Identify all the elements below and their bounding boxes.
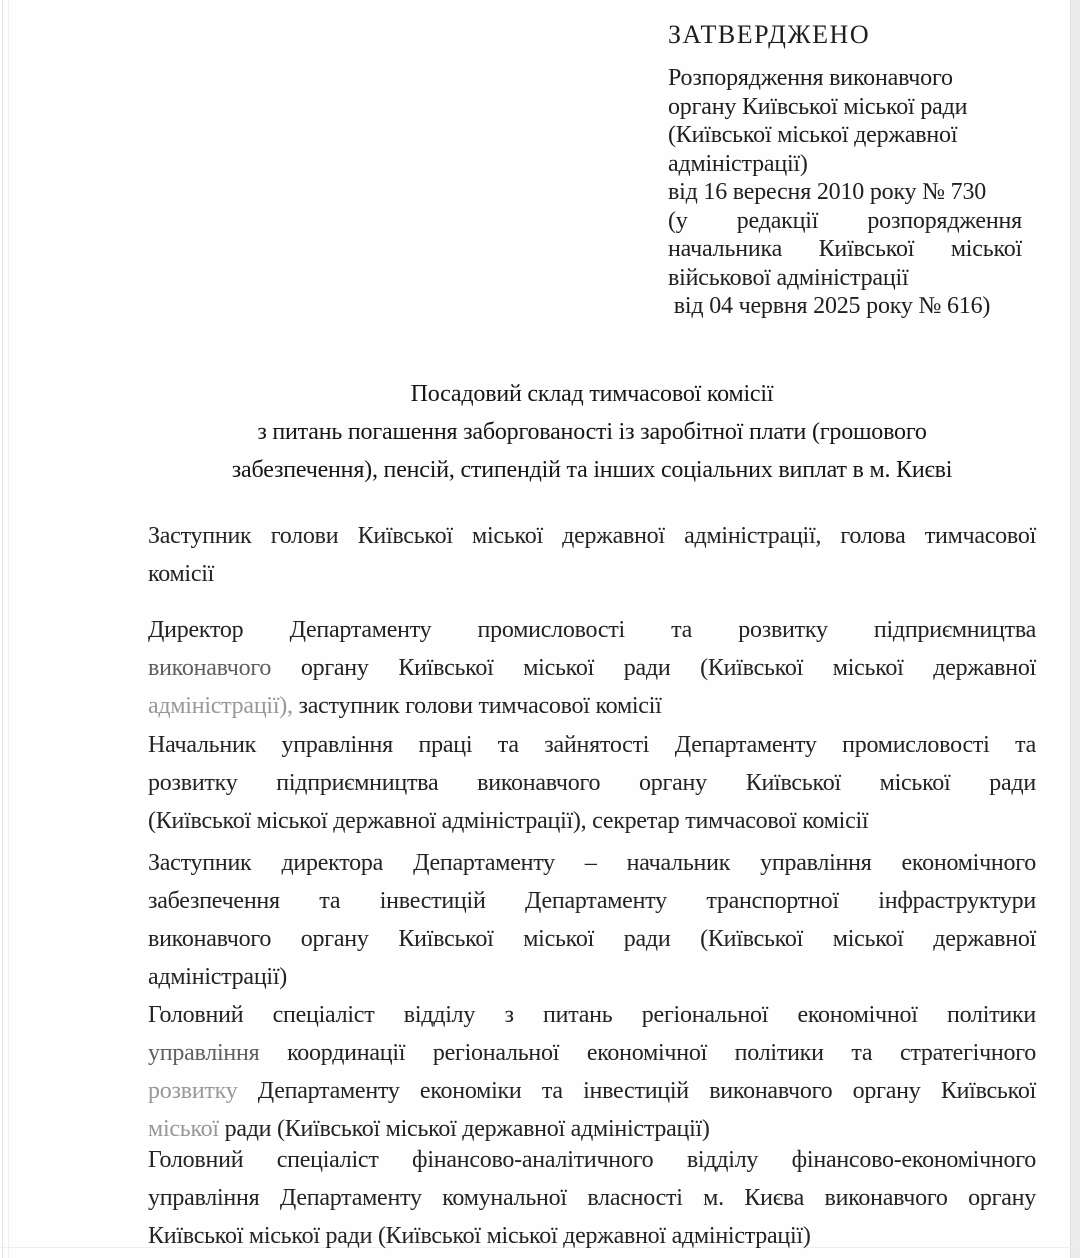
text-line: управління Департаменту комунальної влас…: [148, 1179, 1036, 1217]
text-segment: ради (Київської міської державної адміні…: [219, 1116, 710, 1142]
text-line: Розпорядження виконавчого: [668, 64, 1022, 93]
text-segment: заступник голови тимчасової комісії: [293, 693, 662, 719]
text-segment: органу Київської міської ради: [668, 94, 967, 120]
text-segment: начальника Київської міської: [668, 236, 1022, 262]
text-segment: адміністрації),: [148, 693, 293, 719]
text-segment: (Київської міської державної: [668, 122, 957, 148]
text-line: Головний спеціаліст відділу з питань рег…: [148, 996, 1036, 1034]
text-segment: адміністрації): [148, 964, 287, 990]
text-segment: комісії: [148, 561, 214, 587]
title-line: забезпечення), пенсій, стипендій та інши…: [148, 451, 1036, 489]
text-line: Начальник управління праці та зайнятості…: [148, 726, 1036, 764]
text-line: розвитку підприємництва виконавчого орга…: [148, 764, 1036, 802]
text-segment: Головний спеціаліст відділу з питань рег…: [148, 1002, 1036, 1028]
title-line: з питань погашення заборгованості із зар…: [148, 413, 1036, 451]
text-segment: координації регіональної економічної пол…: [259, 1040, 1036, 1066]
scan-artifact-left-line-2: [8, 0, 9, 1258]
text-segment: Розпорядження виконавчого: [668, 65, 953, 91]
text-line: забезпечення та інвестицій Департаменту …: [148, 882, 1036, 920]
text-line: Заступник голови Київської міської держа…: [148, 517, 1036, 555]
text-segment: від 16 вересня 2010 року № 730: [668, 179, 986, 205]
commission-entry: Начальник управління праці та зайнятості…: [148, 726, 1036, 840]
commission-entry: Головний спеціаліст фінансово-аналітично…: [148, 1141, 1036, 1255]
text-line: (у редакції розпорядження: [668, 207, 1022, 236]
text-line: (Київської міської державної адміністрац…: [148, 802, 1036, 840]
text-segment: забезпечення та інвестицій Департаменту …: [148, 888, 1036, 914]
text-line: начальника Київської міської: [668, 235, 1022, 264]
text-segment: військової адміністрації: [668, 265, 908, 291]
text-segment: Головний спеціаліст фінансово-аналітично…: [148, 1147, 1036, 1173]
text-line: адміністрації): [148, 958, 1036, 996]
text-segment: Заступник голови Київської міської держа…: [148, 523, 1036, 549]
text-line: розвитку Департаменту економіки та інвес…: [148, 1072, 1036, 1110]
text-line: виконавчого органу Київської міської рад…: [148, 920, 1036, 958]
text-segment: розвитку підприємництва виконавчого орга…: [148, 770, 1036, 796]
text-line: Заступник директора Департаменту – начал…: [148, 844, 1036, 882]
text-line: комісії: [148, 555, 1036, 593]
text-line: Директор Департаменту промисловості та р…: [148, 611, 1036, 649]
title-line: Посадовий склад тимчасової комісії: [148, 375, 1036, 413]
text-segment: органу Київської міської ради (Київської…: [271, 655, 1036, 681]
text-line: Київської міської ради (Київської місько…: [148, 1217, 1036, 1255]
commission-entry: Заступник голови Київської міської держа…: [148, 517, 1036, 593]
text-segment: Директор Департаменту промисловості та р…: [148, 617, 1036, 643]
text-segment: міської: [148, 1116, 219, 1142]
text-segment: Начальник управління праці та зайнятості…: [148, 732, 1036, 758]
text-segment: від 04 червня 2025 року № 616): [668, 293, 990, 319]
text-segment: адміністрації): [668, 151, 808, 177]
commission-entry: Головний спеціаліст відділу з питань рег…: [148, 996, 1036, 1148]
commission-entry: Директор Департаменту промисловості та р…: [148, 611, 1036, 725]
text-segment: управління: [148, 1040, 259, 1066]
text-line: Головний спеціаліст фінансово-аналітично…: [148, 1141, 1036, 1179]
scan-artifact-left-line: [2, 0, 3, 1258]
text-line: виконавчого органу Київської міської рад…: [148, 649, 1036, 687]
commission-entry: Заступник директора Департаменту – начал…: [148, 844, 1036, 996]
text-line: адміністрації): [668, 150, 1022, 179]
text-line: адміністрації), заступник голови тимчасо…: [148, 687, 1036, 725]
text-line: органу Київської міської ради: [668, 93, 1022, 122]
text-segment: виконавчого органу Київської міської рад…: [148, 926, 1036, 952]
text-segment: розвитку: [148, 1078, 237, 1104]
text-line: (Київської міської державної: [668, 121, 1022, 150]
text-segment: виконавчого: [148, 655, 271, 681]
text-segment: (у редакції розпорядження: [668, 208, 1022, 234]
text-segment: (Київської міської державної адміністрац…: [148, 808, 868, 834]
text-segment: Департаменту економіки та інвестицій вик…: [237, 1078, 1036, 1104]
scan-artifact-right-band: [1070, 0, 1080, 1258]
decree-reference-block: Розпорядження виконавчогооргану Київсько…: [668, 64, 1022, 321]
text-segment: Київської міської ради (Київської місько…: [148, 1223, 811, 1249]
text-segment: Заступник директора Департаменту – начал…: [148, 850, 1036, 876]
text-line: від 04 червня 2025 року № 616): [668, 292, 1022, 321]
text-segment: управління Департаменту комунальної влас…: [148, 1185, 1036, 1211]
document-page: ЗАТВЕРДЖЕНО Розпорядження виконавчогоорг…: [0, 0, 1080, 1258]
approved-label: ЗАТВЕРДЖЕНО: [668, 20, 870, 50]
text-line: управління координації регіональної екон…: [148, 1034, 1036, 1072]
document-title: Посадовий склад тимчасової комісіїз пита…: [148, 375, 1036, 489]
text-line: військової адміністрації: [668, 264, 1022, 293]
text-line: від 16 вересня 2010 року № 730: [668, 178, 1022, 207]
